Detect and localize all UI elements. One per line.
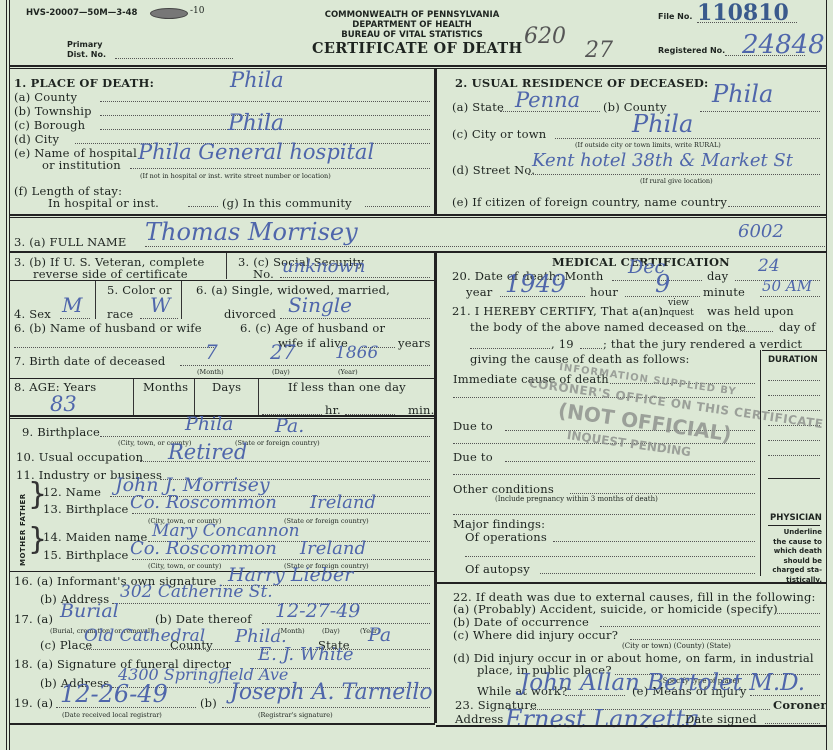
parents-divider: [10, 571, 435, 572]
mother-birthplace-country: Ireland: [300, 538, 366, 559]
death-minute-field[interactable]: [760, 296, 820, 297]
right-border: [826, 0, 830, 750]
other-conditions-field-2[interactable]: [453, 514, 755, 515]
mother-birthplace-field[interactable]: [132, 559, 430, 560]
funeral-director-signature: E. J. White: [258, 644, 354, 665]
race-label: race: [107, 307, 133, 321]
ssn-field[interactable]: [280, 277, 430, 278]
death-day-label: day: [707, 269, 728, 283]
death-minute-value: 50 AM: [762, 277, 812, 295]
bureau-label: BUREAU OF VITAL STATISTICS: [317, 30, 507, 40]
father-birthplace-label: 13. Birthplace: [43, 502, 129, 516]
body-label: the body of the above named deceased on …: [470, 320, 746, 334]
death-year-label: year: [466, 285, 492, 299]
duration-field-1[interactable]: [768, 380, 820, 381]
birthplace-field[interactable]: [100, 436, 430, 437]
other-conditions-note: (Include pregnancy within 3 months of de…: [495, 495, 658, 503]
external-a-label: (a) (Probably) Accident, suicide, or hom…: [453, 602, 778, 616]
certificate-title: CERTIFICATE OF DEATH: [312, 40, 522, 57]
burial-state-value: Pa: [368, 624, 391, 646]
foreign-country-label: (e) If citizen of foreign country, name …: [452, 195, 727, 209]
birthplace-city-value: Phila: [185, 413, 234, 435]
birth-date-label: 7. Birth date of deceased: [14, 354, 165, 368]
state-value: Penna: [515, 88, 580, 112]
father-name-label: 12. Name: [43, 485, 101, 499]
external-c-captions: (City or town) (County) (State): [622, 642, 731, 650]
mother-birthplace-city: Co. Roscommon: [130, 538, 277, 559]
autopsy-label: Of autopsy: [465, 562, 530, 576]
margin-note-2: 27: [585, 38, 613, 63]
operations-field-2[interactable]: [465, 556, 755, 557]
street-field[interactable]: [528, 174, 820, 175]
mother-city-caption: (City, town, or county): [148, 562, 221, 570]
race-value: W: [150, 293, 171, 317]
due-to-label-2: Due to: [453, 450, 493, 464]
township-label: (b) Township: [14, 104, 92, 118]
month-caption: (Month): [197, 368, 224, 376]
age-years-value: 83: [50, 392, 77, 416]
union-label-icon: [150, 8, 188, 19]
burial-place-field[interactable]: [84, 649, 430, 650]
union-mark: -10: [190, 6, 205, 16]
registrar-signature-caption: (Registrar's signature): [258, 711, 333, 719]
view-option[interactable]: view: [668, 298, 689, 308]
dist-no-field[interactable]: [115, 58, 233, 59]
mother-birthplace-label: 15. Birthplace: [43, 548, 129, 562]
city-value: Phila: [228, 111, 284, 136]
age-divider-3: [258, 379, 259, 415]
other-conditions-label: Other conditions: [453, 482, 554, 496]
operations-label: Of operations: [465, 530, 547, 544]
day-caption: (Day): [272, 368, 290, 376]
external-c-label: (c) Where did injury occur?: [453, 628, 618, 642]
mother-tag: MOTHER: [19, 529, 27, 566]
external-c-field[interactable]: [630, 639, 820, 640]
street-label: (d) Street No.: [452, 163, 535, 177]
res-city-label: (c) City or town: [452, 127, 546, 141]
state-label: (a) State: [452, 100, 504, 114]
institution-label: or institution: [42, 158, 121, 172]
sex-value: M: [62, 293, 82, 317]
ssn-value: unknown: [282, 256, 366, 277]
date-signed-field[interactable]: [765, 723, 820, 724]
occupation-value: Retired: [168, 440, 247, 464]
marital-label-2: divorced: [224, 307, 276, 321]
full-name-field[interactable]: [145, 246, 825, 247]
stay-hospital-label: In hospital or inst.: [48, 196, 159, 210]
physician-note: Underline the cause to which death shoul…: [768, 528, 822, 585]
address-label: Address: [455, 712, 504, 726]
birthplace-label: 9. Birthplace: [22, 425, 100, 439]
death-hour-value: 9: [655, 270, 670, 298]
operations-field[interactable]: [553, 541, 755, 542]
commonwealth-label: COMMONWEALTH OF PENNSYLVANIA: [317, 10, 507, 20]
res-county-field[interactable]: [700, 111, 820, 112]
spouse-name-field[interactable]: [14, 347, 214, 348]
birth-day-value: 27: [270, 340, 295, 364]
primary-label: Primary: [67, 40, 102, 49]
file-no-label: File No.: [658, 12, 692, 21]
bottom-divider-left: [10, 723, 435, 725]
county-value: Phila: [230, 68, 284, 92]
residence-heading: 2. USUAL RESIDENCE OF DECEASED:: [455, 76, 708, 90]
ssn-no-label: No.: [253, 267, 274, 281]
spouse-label: 6. (b) Name of husband or wife: [14, 321, 202, 335]
death-year-value: 1949: [505, 270, 566, 298]
community-field[interactable]: [365, 206, 430, 207]
duration-field-5[interactable]: [768, 440, 820, 441]
full-name-label: 3. (a) FULL NAME: [14, 235, 126, 249]
county-label: (a) County: [14, 90, 77, 104]
left-border: [6, 0, 10, 750]
place-of-death-heading: 1. PLACE OF DEATH:: [14, 76, 154, 90]
registered-no-label: Registered No.: [658, 46, 725, 55]
death-certificate: HVS-20007—50M—3-48 -10 COMMONWEALTH OF P…: [0, 0, 833, 750]
inquest-option[interactable]: inquest: [660, 308, 694, 318]
inquest-day-field[interactable]: [735, 331, 773, 332]
full-name-value: Thomas Morrisey: [145, 218, 358, 246]
ssn-divider: [10, 280, 435, 281]
birth-date-field[interactable]: [180, 365, 430, 366]
birth-divider: [10, 378, 435, 379]
race-divider: [181, 281, 182, 319]
county-field[interactable]: [100, 101, 430, 102]
occupation-label: 10. Usual occupation: [16, 450, 143, 464]
duration-heading: DURATION: [768, 355, 818, 365]
year-caption: (Year): [338, 368, 358, 376]
registrar-date-caption: (Date received local registrar): [62, 711, 162, 719]
registrar-signature-field[interactable]: [222, 707, 430, 708]
sex-divider: [95, 281, 96, 319]
veteran-divider: [226, 253, 227, 279]
registered-no-line: [725, 55, 805, 56]
duration-field-6[interactable]: [768, 455, 820, 456]
coroner-signature: John Allan Bertolet M.D.: [520, 670, 805, 696]
res-city-note: (If outside city or town limits, write R…: [575, 141, 721, 149]
res-county-value: Phila: [712, 80, 773, 108]
nineteen-label: , 19: [551, 337, 574, 351]
duration-bottom-line: [768, 478, 820, 479]
margin-note-1: 620: [524, 24, 566, 49]
marital-value: Single: [288, 293, 352, 317]
borough-label: (c) Borough: [14, 118, 85, 132]
registrar-b-label: (b): [200, 696, 217, 710]
day-of-label: day of: [779, 320, 816, 334]
registrar-a-label: 19. (a): [14, 696, 53, 710]
registrar-date-value: 12-26-49: [60, 680, 168, 708]
section-divider-2: [10, 214, 826, 218]
race-field[interactable]: [140, 318, 178, 319]
informant-address-value: 302 Catherine St.: [120, 582, 273, 602]
physician-heading: PHYSICIAN: [770, 513, 822, 523]
held-label: was held upon: [707, 304, 794, 318]
years-label: years: [398, 336, 431, 350]
main-vertical-divider: [434, 252, 437, 723]
header-divider: [10, 65, 826, 69]
form-code: HVS-20007—50M—3-48: [26, 8, 137, 18]
hospital-note: (If not in hospital or inst. write stree…: [140, 172, 331, 180]
physician-underline: [768, 525, 820, 526]
days-label: Days: [212, 380, 241, 394]
sex-label: 4. Sex: [14, 307, 51, 321]
marital-field[interactable]: [280, 318, 430, 319]
res-city-value: Phila: [632, 110, 693, 138]
due-to-field-2b[interactable]: [453, 474, 755, 475]
department-label: DEPARTMENT OF HEALTH: [317, 20, 507, 30]
burial-date-field[interactable]: [262, 623, 430, 624]
dist-no-label: Dist. No.: [67, 50, 106, 59]
city-label: (d) City: [14, 132, 59, 146]
certify-label: 21. I HEREBY CERTIFY, That a(an): [452, 304, 663, 318]
coroner-title: Coroner: [773, 698, 827, 712]
months-label: Months: [143, 380, 188, 394]
registrar-signature: Joseph A. Tarnello: [230, 680, 433, 705]
community-label: (g) In this community: [222, 196, 352, 210]
death-minute-label: minute: [703, 285, 745, 299]
jury-label: ; that the jury rendered a verdict: [603, 337, 802, 351]
hospital-field[interactable]: [130, 168, 430, 169]
duration-top-line: [762, 350, 826, 351]
file-no-line: [697, 22, 797, 23]
birthplace-state-value: Pa.: [275, 415, 304, 437]
bottom-divider-right: [436, 725, 826, 727]
father-birthplace-city: Co. Roscommon: [130, 492, 277, 513]
name-divider: [10, 251, 826, 253]
date-signed-label: Date signed: [685, 712, 757, 726]
address-signature: Ernest Lanzetta: [505, 705, 699, 733]
burial-county-label: County: [170, 638, 213, 652]
street-value: Kent hotel 38th & Market St: [532, 150, 793, 171]
foreign-country-field[interactable]: [728, 206, 820, 207]
veteran-label-2: reverse side of certificate: [33, 267, 188, 281]
birthplace-state-caption: (State or foreign country): [235, 439, 320, 447]
age-divider-2: [194, 379, 195, 415]
other-conditions-field[interactable]: [570, 493, 755, 494]
disposition-label: 17. (a): [14, 612, 53, 626]
section-divider-vertical: [434, 68, 437, 216]
father-birthplace-field[interactable]: [132, 513, 430, 514]
death-hour-label: hour: [590, 285, 618, 299]
disposition-value: Burial: [60, 600, 119, 622]
external-b-label: (b) Date of occurrence: [453, 615, 589, 629]
duration-field-2[interactable]: [768, 395, 820, 396]
medical-divider: [436, 582, 826, 584]
autopsy-field[interactable]: [540, 573, 755, 574]
less-than-day-label: If less than one day: [288, 380, 406, 394]
informant-address-field[interactable]: [112, 603, 430, 604]
father-birthplace-country: Ireland: [310, 492, 376, 513]
burial-date-label: (b) Date thereof: [155, 612, 252, 626]
burial-date-value: 12-27-49: [275, 600, 360, 622]
spouse-age-label: 6. (c) Age of husband or: [240, 321, 385, 335]
death-day-value: 24: [758, 256, 780, 276]
due-to-field-2[interactable]: [505, 461, 755, 462]
birth-month-value: 7: [205, 340, 218, 364]
res-city-field[interactable]: [555, 138, 820, 139]
street-note: (If rural give location): [640, 177, 713, 185]
stay-hospital-field[interactable]: [188, 206, 218, 207]
inquest-month-field[interactable]: [470, 348, 550, 349]
hospital-value: Phila General hospital: [138, 140, 374, 164]
birth-year-value: 1866: [335, 343, 378, 363]
due-to-label-1: Due to: [453, 419, 493, 433]
code-value: 6002: [738, 221, 784, 242]
father-tag: FATHER: [19, 493, 27, 526]
external-a-field[interactable]: [775, 613, 820, 614]
external-b-field[interactable]: [600, 626, 820, 627]
major-findings-label: Major findings:: [453, 517, 545, 531]
inquest-year-field[interactable]: [580, 348, 602, 349]
burial-day-caption: (Day): [322, 627, 340, 635]
sex-field[interactable]: [60, 318, 90, 319]
age-divider-1: [133, 379, 134, 415]
